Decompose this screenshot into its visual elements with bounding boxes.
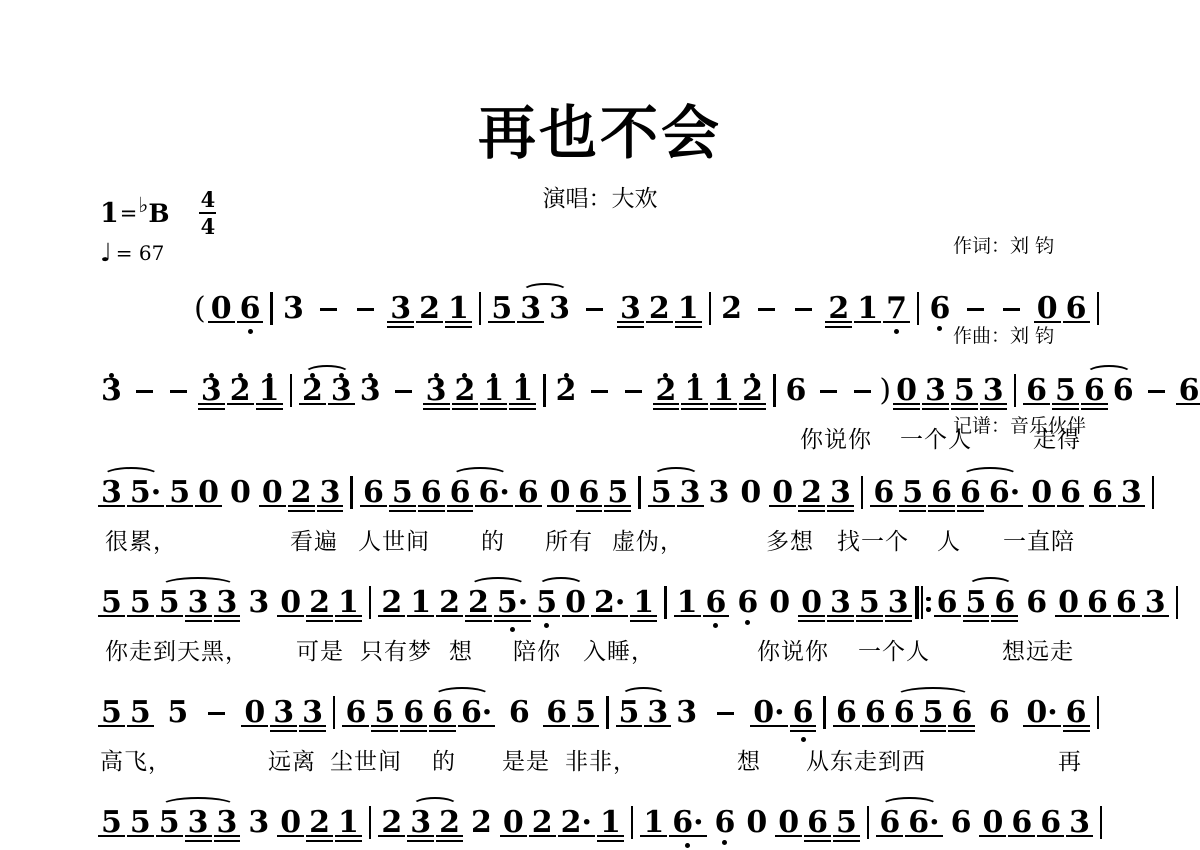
tempo-value: = 67 (116, 241, 165, 265)
note: 6 (702, 586, 731, 620)
note: 0 (194, 476, 223, 510)
note: 3 (184, 586, 213, 620)
dash (591, 390, 608, 394)
beam-line (436, 840, 463, 843)
beam-line (991, 615, 1018, 618)
note: 0 (561, 586, 590, 620)
beam-line (1052, 403, 1079, 406)
dash (136, 390, 153, 394)
octave-dot-above (209, 373, 214, 378)
lyric-segment: 多想 (766, 523, 814, 556)
note: 6 (927, 476, 956, 510)
note: 5 (1051, 374, 1080, 408)
slur-arc: 23 (298, 374, 356, 408)
beam-line (648, 505, 675, 508)
beam-line (1066, 835, 1093, 838)
note: 2 (305, 586, 334, 620)
note: 1 (406, 586, 435, 620)
dash (795, 308, 812, 312)
beam-line (277, 615, 304, 618)
dash (625, 390, 642, 394)
barline (867, 806, 870, 839)
beam-line (342, 725, 369, 728)
note: 5 (571, 696, 600, 730)
quarter-note-icon: ♩ (100, 238, 112, 267)
lyric-segment: 高飞， (100, 743, 172, 776)
beam-line (98, 505, 125, 508)
beam-line (1023, 403, 1050, 406)
lyrics-line-2: 很累，看遍人世间的所有虚伪，多想找一个人一直陪 (0, 523, 1200, 553)
beam-line (306, 835, 333, 838)
beam-line (400, 730, 427, 733)
octave-dot-above (750, 373, 755, 378)
meter-denominator: 4 (201, 216, 216, 237)
note: 6 (933, 586, 962, 620)
slur-arc: 66· (446, 476, 514, 510)
beam-line (957, 505, 984, 508)
beam-line (750, 725, 787, 728)
note: 3 (1117, 476, 1146, 510)
note: 0 (774, 806, 803, 840)
note: 6 (417, 476, 446, 510)
note: 6 (789, 696, 818, 730)
note: 6 (861, 696, 890, 730)
slur-arc: 66· (875, 806, 943, 840)
lyric-segment: 很累， (105, 523, 177, 556)
note: 0· (749, 696, 788, 730)
beam-line (703, 615, 730, 618)
beam-line (739, 408, 766, 411)
note: 6 (956, 476, 985, 510)
notation-line-5: 55503365666·6655330·66665660·6 (97, 690, 1105, 730)
note: 6 (803, 806, 832, 840)
beam-line (677, 505, 704, 508)
note: 0 (1027, 476, 1056, 510)
note: 3 (213, 806, 242, 840)
lyric-segment: 再 (1058, 743, 1082, 776)
octave-dot-above (564, 373, 569, 378)
beam-line (436, 835, 463, 838)
octave-dot-below (685, 843, 690, 848)
beam-line (798, 615, 825, 618)
note: 6 (505, 696, 534, 730)
beam-line (306, 840, 333, 843)
note: 5 (97, 586, 126, 620)
beam-line (1176, 403, 1200, 406)
beam-line (597, 835, 624, 838)
octave-dot-below (745, 620, 750, 625)
beam-line (870, 505, 897, 508)
beam-line (335, 620, 362, 623)
beam-line (360, 505, 387, 508)
beam-line (371, 725, 398, 728)
note: 6 (925, 292, 954, 326)
note: 0 (797, 586, 826, 620)
octave-dot-below (894, 329, 899, 334)
note: 3 (422, 374, 451, 408)
sheet-music-page: 再也不会 演唱：大欢 作词：刘 钧 作曲：刘 钧 记谱：音乐伙伴 1 = ♭ B… (0, 0, 1200, 850)
slur-arc: 33 (516, 292, 574, 326)
octave-dot-above (721, 373, 726, 378)
beam-line (418, 505, 445, 508)
lyric-segment: 从东走到西 (806, 743, 926, 776)
beam-line (899, 510, 926, 513)
beam-line (833, 725, 860, 728)
barline (606, 696, 609, 729)
beam-line (98, 615, 125, 618)
note: 6 (869, 476, 898, 510)
octave-dot-above (310, 373, 315, 378)
dash (1003, 308, 1020, 312)
beam-line (825, 326, 852, 329)
beam-line (378, 835, 405, 838)
octave-dot-above (462, 373, 467, 378)
lyric-segment: 所有 (545, 523, 593, 556)
octave-dot-above (238, 373, 243, 378)
beam-line (1063, 725, 1090, 728)
lyric-segment: 一直陪 (1003, 523, 1075, 556)
note: 3 (316, 476, 345, 510)
octave-dot-above (663, 373, 668, 378)
note: 3 (269, 696, 298, 730)
beam-line (452, 403, 479, 406)
note: 2 (451, 374, 480, 408)
barline (1097, 696, 1100, 729)
note: 6 (1083, 586, 1112, 620)
notation-line-6: 5553330212322022·116·6006566·60663 (97, 800, 1105, 840)
note: 5 (615, 696, 644, 730)
beam-line (862, 725, 889, 728)
note: 5 (126, 806, 155, 840)
beam-line (407, 615, 434, 618)
beam-line (429, 730, 456, 733)
meter-numerator: 4 (201, 189, 216, 210)
beam-line (185, 620, 212, 623)
note: 6 (446, 476, 475, 510)
beam-line (957, 510, 984, 513)
beam-line (436, 615, 463, 618)
beam-line (604, 510, 631, 513)
beam-line (951, 403, 978, 406)
lyric-segment: 你走到天黑， (105, 633, 249, 666)
key-letter: B (148, 199, 169, 228)
beam-line (653, 408, 680, 411)
key-signature: 1 = ♭ B 4 4 (100, 190, 216, 236)
beam-line (256, 408, 283, 411)
note: 6 (1112, 586, 1141, 620)
note: 3 (672, 696, 701, 730)
beam-line (675, 326, 702, 329)
beam-line (387, 321, 414, 324)
lyric-segment: 看遍 (290, 523, 338, 556)
note: 2 (435, 586, 464, 620)
beam-line (465, 620, 492, 623)
beam-line (920, 725, 947, 728)
beam-line (827, 505, 854, 508)
beam-line (885, 615, 912, 618)
beam-line (827, 620, 854, 623)
note: 3 (616, 292, 645, 326)
note: 6 (236, 292, 265, 326)
note: 0 (258, 476, 287, 510)
beam-line (804, 835, 831, 838)
beam-line (1008, 835, 1035, 838)
note: 2 (824, 292, 853, 326)
note: 5 (155, 586, 184, 620)
lyric-segment: 陪你 (513, 633, 561, 666)
slur-arc: 53 (647, 476, 705, 510)
beam-line (306, 615, 333, 618)
beam-line (1118, 505, 1145, 508)
note: 3 (826, 586, 855, 620)
beam-line (883, 321, 910, 324)
beam-line (876, 835, 903, 838)
beam-line (270, 725, 297, 728)
beam-line (488, 321, 515, 324)
octave-dot-above (267, 373, 272, 378)
repeat-dot (926, 607, 931, 612)
note: 6 (399, 696, 428, 730)
note: 6 (890, 696, 919, 730)
lyric-segment: 的 (432, 743, 456, 776)
lyric-segment: 想 (737, 743, 761, 776)
note: 0 (240, 696, 269, 730)
beam-line (856, 620, 883, 623)
beam-line (259, 505, 286, 508)
note: 0 (226, 476, 255, 510)
note: 2 (652, 374, 681, 408)
key-tonic: 1 (100, 198, 119, 229)
beam-line (833, 835, 860, 838)
beam-line (418, 510, 445, 513)
note: 2 (738, 374, 767, 408)
beam-line (500, 835, 527, 838)
note: 5 (603, 476, 632, 510)
note: 2 (464, 586, 493, 620)
beam-line (827, 510, 854, 513)
note: 3 (516, 292, 545, 326)
lyric-segment: 只有梦 (360, 633, 432, 666)
note: 0 (276, 806, 305, 840)
beam-line (317, 510, 344, 513)
note: 1 (334, 806, 363, 840)
note: 5· (493, 586, 532, 620)
beam-line (400, 725, 427, 728)
barline (333, 696, 336, 729)
beam-line (922, 408, 949, 411)
beam-line (447, 510, 474, 513)
lyric-segment: 的 (481, 523, 505, 556)
beam-line (543, 725, 570, 728)
note: 5 (126, 586, 155, 620)
beam-line (156, 615, 183, 618)
beam-line (922, 403, 949, 406)
barline (631, 806, 634, 839)
note: 3 (298, 696, 327, 730)
note: 3 (884, 586, 913, 620)
beam-line (475, 505, 512, 508)
barline (709, 292, 712, 325)
beam-line (669, 835, 706, 838)
note: 6 (733, 586, 762, 620)
note: 3 (676, 476, 705, 510)
beam-line (710, 403, 737, 406)
octave-dot-below (544, 623, 549, 628)
note: 6 (1109, 374, 1138, 408)
lyrics-line-3: 你走到天黑，可是只有梦想陪你入睡，你说你一个人想远走 (0, 633, 1200, 663)
beam-line (423, 408, 450, 411)
note: 6 (1056, 476, 1085, 510)
beam-line (127, 505, 164, 508)
note: 0 (768, 476, 797, 510)
beam-line (317, 505, 344, 508)
octave-dot-above (339, 373, 344, 378)
beam-line (1037, 835, 1064, 838)
note: 6· (474, 476, 513, 510)
beam-line (1063, 321, 1090, 324)
beam-line (98, 835, 125, 838)
lyric-segment: 你说你 (800, 421, 872, 454)
beam-line (674, 615, 701, 618)
beam-line (533, 615, 560, 618)
note: 5 (487, 292, 516, 326)
note: 7 (882, 292, 911, 326)
parenthesis: ( (193, 292, 207, 326)
note: 3 (184, 806, 213, 840)
note: 5 (165, 476, 194, 510)
note: 3 (244, 586, 273, 620)
dash (967, 308, 984, 312)
note: 3 (1141, 586, 1170, 620)
notation-line-1: (0633215333212217606 (193, 286, 1105, 326)
lyric-segment: 找一个 (837, 523, 909, 556)
beam-line (214, 620, 241, 623)
beam-line (270, 730, 297, 733)
note: 3 (97, 476, 126, 510)
note: 5 (155, 806, 184, 840)
note: 0 (892, 374, 921, 408)
key-equals: = (120, 201, 138, 225)
note: 2 (415, 292, 444, 326)
beam-line (1113, 615, 1140, 618)
note: 6 (575, 476, 604, 510)
note: 0 (1033, 292, 1062, 326)
octave-dot-below (713, 623, 718, 628)
lyric-segment: 走得 (1033, 421, 1081, 454)
note: 5 (962, 586, 991, 620)
barline (1097, 292, 1100, 325)
note: 0 (207, 292, 236, 326)
note: 1 (444, 292, 473, 326)
beam-line (920, 730, 947, 733)
barline (1152, 476, 1155, 509)
beam-line (1023, 725, 1060, 728)
beam-line (335, 840, 362, 843)
lyrics-line-4: 高飞，远离尘世间的是是非非，想从东走到西再 (0, 743, 1200, 773)
note: 3 (826, 476, 855, 510)
beam-line (299, 730, 326, 733)
repeat-thick-bar (915, 586, 920, 619)
beam-line (905, 835, 942, 838)
note: 1 (334, 586, 363, 620)
note: 6 (711, 806, 740, 840)
note: 3 (327, 374, 356, 408)
note: 2 (552, 374, 581, 408)
note: 6 (341, 696, 370, 730)
note: 5 (97, 696, 126, 730)
note: 6 (359, 476, 388, 510)
beam-line (644, 725, 671, 728)
credit-lyricist: 作词：刘 钧 (953, 231, 1086, 261)
barline (638, 476, 641, 509)
beam-line (1028, 505, 1055, 508)
beam-line (617, 321, 644, 324)
note: 1 (508, 374, 537, 408)
note: 1 (639, 806, 668, 840)
dash (1148, 390, 1165, 394)
lyric-segment: 人世间 (358, 523, 430, 556)
beam-line (416, 321, 443, 324)
beam-line (739, 403, 766, 406)
dash (854, 390, 871, 394)
slur-arc: 56 (962, 586, 1020, 620)
note: 0 (765, 586, 794, 620)
beam-line (899, 505, 926, 508)
note: 0 (499, 806, 528, 840)
note: 2 (298, 374, 327, 408)
octave-dot-above (434, 373, 439, 378)
note: 5 (388, 476, 417, 510)
note: 3 (1065, 806, 1094, 840)
note: 0 (1054, 586, 1083, 620)
note: 6 (875, 806, 904, 840)
lyric-segment: 你说你 (757, 633, 829, 666)
beam-line (389, 510, 416, 513)
beam-line (237, 321, 264, 324)
beam-line (646, 321, 673, 324)
lyric-segment: 非非， (565, 743, 637, 776)
slur-arc: 32 (406, 806, 464, 840)
note: 2 (377, 806, 406, 840)
octave-dot-below (801, 737, 806, 742)
note: 6· (457, 696, 496, 730)
note: 6 (542, 696, 571, 730)
note: 2 (377, 586, 406, 620)
barline (1014, 374, 1017, 407)
beam-line (948, 730, 975, 733)
beam-line (423, 403, 450, 406)
repeat-dot (926, 597, 931, 602)
beam-line (1089, 505, 1116, 508)
note: 6 (782, 374, 811, 408)
note: 2 (305, 806, 334, 840)
note: 6 (1080, 374, 1109, 408)
beam-line (509, 403, 536, 406)
beam-line (790, 725, 817, 728)
note: 1 (255, 374, 284, 408)
note: 5 (126, 696, 155, 730)
note: 6 (1062, 292, 1091, 326)
beam-line (288, 510, 315, 513)
note: 2· (557, 806, 596, 840)
note: 2 (287, 476, 316, 510)
note: 5 (647, 476, 676, 510)
beam-line (1081, 403, 1108, 406)
beam-line (980, 403, 1007, 406)
dash (208, 712, 225, 716)
beam-line (299, 725, 326, 728)
beam-line (277, 835, 304, 838)
